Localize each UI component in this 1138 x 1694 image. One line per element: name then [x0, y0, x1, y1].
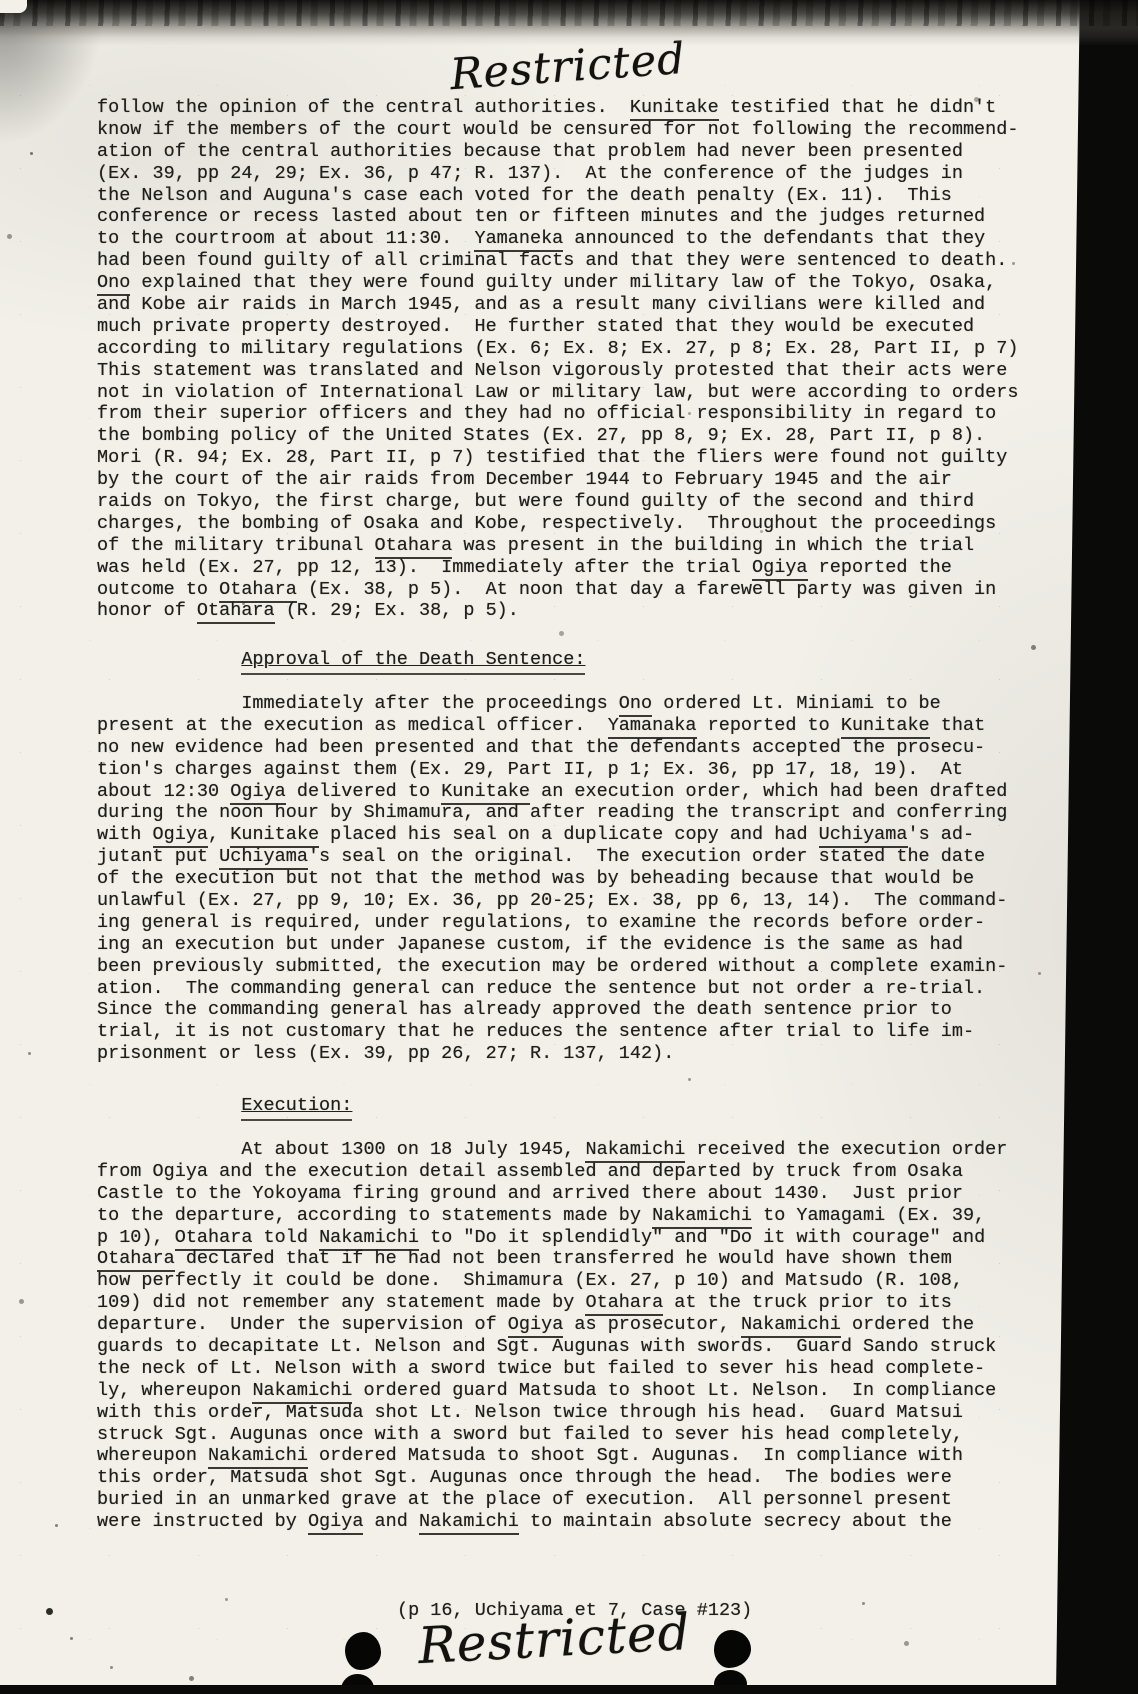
section-heading-execution: Execution: — [97, 1095, 1057, 1117]
ink-blot — [714, 1630, 751, 1668]
scan-artifact-right-edge — [1056, 0, 1138, 1694]
section-heading-approval-of-death-sentence: Approval of the Death Sentence: — [97, 649, 1057, 671]
typed-paragraph-execution-account: At about 1300 on 18 July 1945, Nakamichi… — [97, 1139, 1057, 1533]
scan-artifact-corner-notch — [0, 0, 27, 13]
typed-paragraph-approval-details: Immediately after the proceedings Ono or… — [97, 693, 1057, 1065]
scan-artifact-top-edge-mottling — [0, 0, 1138, 26]
scan-artifact-bottom-edge — [0, 1685, 1138, 1694]
ink-blot — [345, 1632, 381, 1670]
typed-paragraph-trial-verdict: follow the opinion of the central author… — [97, 97, 1057, 622]
scanned-document-page: Restricted follow the opinion of the cen… — [0, 0, 1138, 1694]
